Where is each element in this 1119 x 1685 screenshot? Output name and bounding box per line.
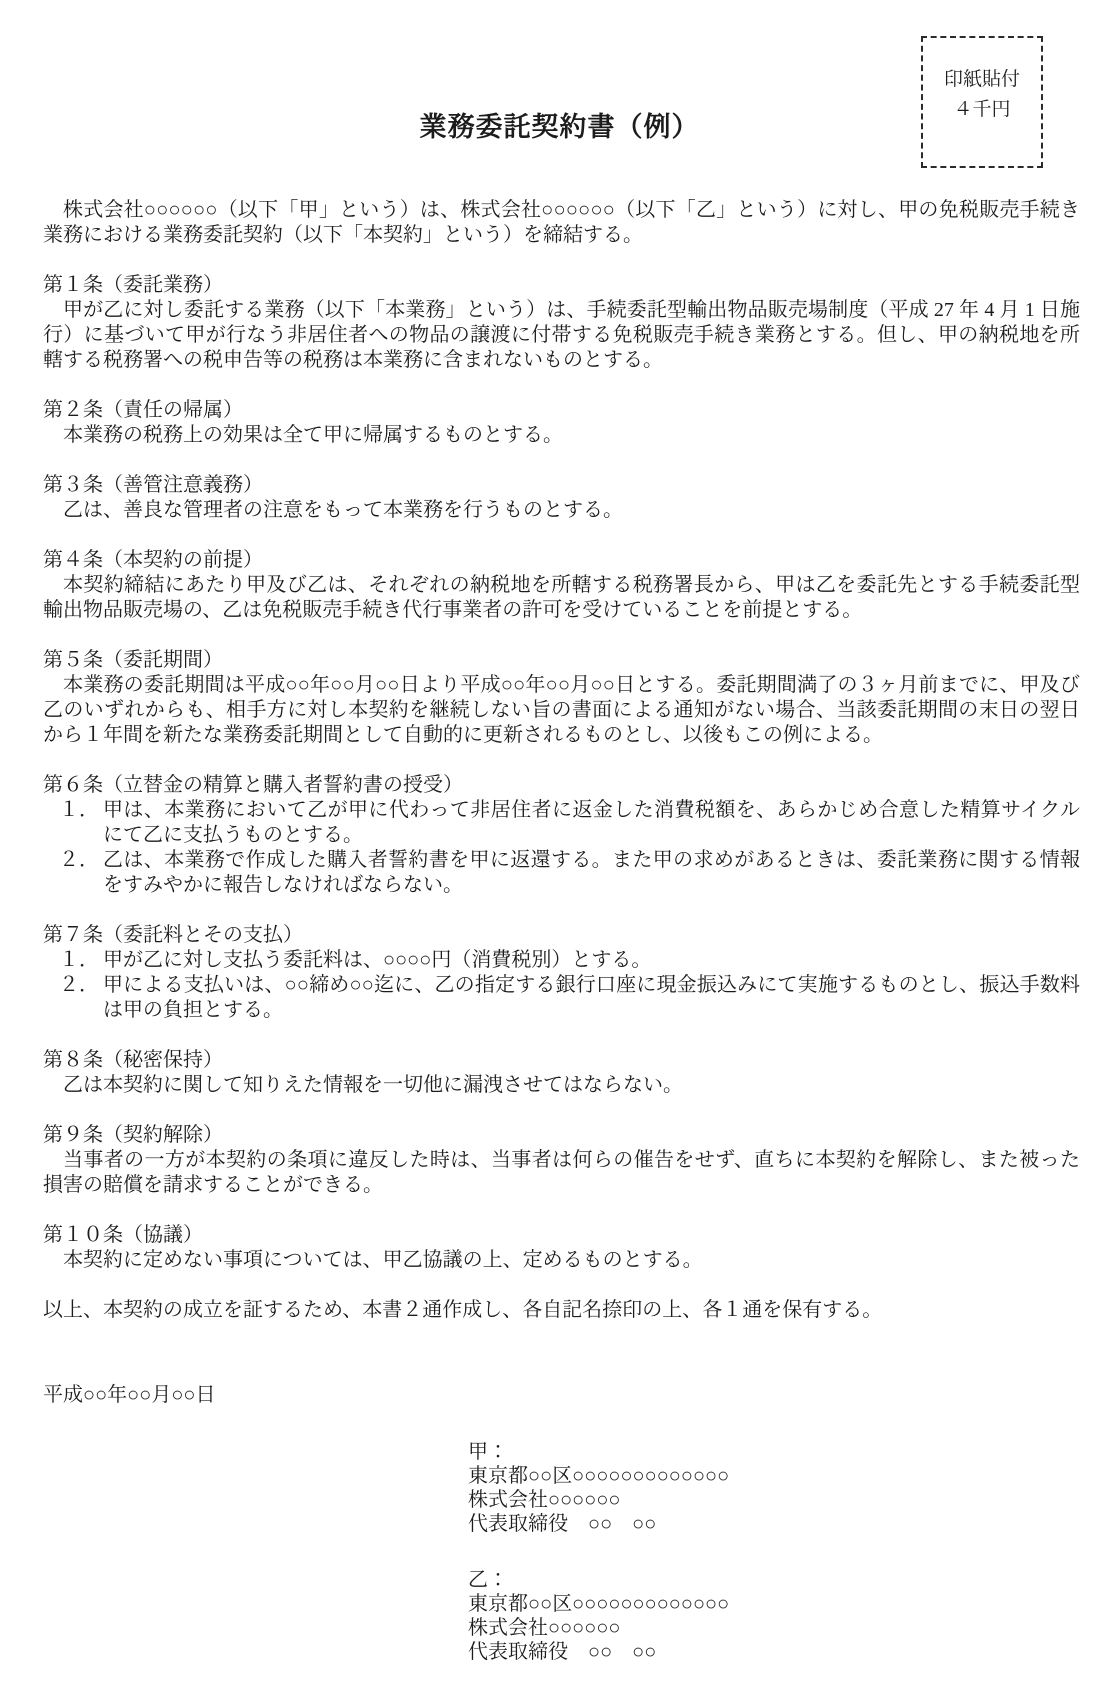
party-company: 株式会社○○○○○○ — [468, 1488, 1080, 1512]
article-1-body: 甲が乙に対し委託する業務（以下「本業務」という）は、手続委託型輸出物品販売場制度… — [43, 298, 1080, 373]
article-5-body: 本業務の委託期間は平成○○年○○月○○日より平成○○年○○月○○日とする。委託期… — [43, 673, 1080, 748]
article-4-body: 本契約締結にあたり甲及び乙は、それぞれの納税地を所轄する税務署長から、甲は乙を委… — [43, 573, 1080, 623]
item-number: １． — [59, 948, 103, 973]
item-text: 甲による支払いは、○○締め○○迄に、乙の指定する銀行口座に現金振込みにて実施する… — [103, 973, 1080, 1023]
article-5-heading: 第５条（委託期間） — [43, 648, 1080, 673]
article-1-heading: 第１条（委託業務） — [43, 273, 1080, 298]
article-3-heading: 第３条（善管注意義務） — [43, 473, 1080, 498]
article-2-heading: 第２条（責任の帰属） — [43, 398, 1080, 423]
article-10-heading: 第１０条（協議） — [43, 1223, 1080, 1248]
revenue-stamp-box: 印紙貼付 ４千円 — [921, 36, 1043, 168]
contract-document-page: 印紙貼付 ４千円 業務委託契約書（例） 株式会社○○○○○○（以下「甲」という）… — [0, 0, 1119, 1685]
party-representative: 代表取締役 ○○ ○○ — [468, 1512, 1080, 1536]
article-10-body: 本契約に定めない事項については、甲乙協議の上、定めるものとする。 — [43, 1248, 1080, 1273]
article-7: 第７条（委託料とその支払） １． 甲が乙に対し支払う委託料は、○○○○円（消費税… — [43, 923, 1080, 1023]
article-4: 第４条（本契約の前提） 本契約締結にあたり甲及び乙は、それぞれの納税地を所轄する… — [43, 548, 1080, 623]
article-6-item-2: ２． 乙は、本業務で作成した購入者誓約書を甲に返還する。また甲の求めがあるときは… — [43, 848, 1080, 898]
article-6: 第６条（立替金の精算と購入者誓約書の授受） １． 甲は、本業務において乙が甲に代… — [43, 773, 1080, 898]
article-6-item-1: １． 甲は、本業務において乙が甲に代わって非居住者に返金した消費税額を、あらかじ… — [43, 798, 1080, 848]
article-2-body: 本業務の税務上の効果は全て甲に帰属するものとする。 — [43, 423, 1080, 448]
article-8-body: 乙は本契約に関して知りえた情報を一切他に漏洩させてはならない。 — [43, 1073, 1080, 1098]
party-label: 甲： — [468, 1440, 1080, 1464]
item-text: 乙は、本業務で作成した購入者誓約書を甲に返還する。また甲の求めがあるときは、委託… — [103, 848, 1080, 898]
article-8: 第８条（秘密保持） 乙は本契約に関して知りえた情報を一切他に漏洩させてはならない… — [43, 1048, 1080, 1098]
party-representative: 代表取締役 ○○ ○○ — [468, 1640, 1080, 1664]
party-company: 株式会社○○○○○○ — [468, 1616, 1080, 1640]
article-7-item-2: ２． 甲による支払いは、○○締め○○迄に、乙の指定する銀行口座に現金振込みにて実… — [43, 973, 1080, 1023]
article-2: 第２条（責任の帰属） 本業務の税務上の効果は全て甲に帰属するものとする。 — [43, 398, 1080, 448]
item-number: １． — [59, 798, 103, 848]
document-body: 株式会社○○○○○○（以下「甲」という）は、株式会社○○○○○○（以下「乙」とい… — [43, 198, 1080, 1664]
stamp-box-label: 印紙貼付 — [944, 68, 1020, 92]
article-4-heading: 第４条（本契約の前提） — [43, 548, 1080, 573]
article-6-heading: 第６条（立替金の精算と購入者誓約書の授受） — [43, 773, 1080, 798]
party-address: 東京都○○区○○○○○○○○○○○○○ — [468, 1464, 1080, 1488]
article-9-body: 当事者の一方が本契約の条項に違反した時は、当事者は何らの催告をせず、直ちに本契約… — [43, 1148, 1080, 1198]
article-5: 第５条（委託期間） 本業務の委託期間は平成○○年○○月○○日より平成○○年○○月… — [43, 648, 1080, 748]
article-7-item-1: １． 甲が乙に対し支払う委託料は、○○○○円（消費税別）とする。 — [43, 948, 1080, 973]
item-text: 甲が乙に対し支払う委託料は、○○○○円（消費税別）とする。 — [103, 948, 1080, 973]
date-line: 平成○○年○○月○○日 — [43, 1383, 1080, 1408]
item-number: ２． — [59, 848, 103, 898]
article-1: 第１条（委託業務） 甲が乙に対し委託する業務（以下「本業務」という）は、手続委託… — [43, 273, 1080, 373]
article-9: 第９条（契約解除） 当事者の一方が本契約の条項に違反した時は、当事者は何らの催告… — [43, 1123, 1080, 1198]
article-3: 第３条（善管注意義務） 乙は、善良な管理者の注意をもって本業務を行うものとする。 — [43, 473, 1080, 523]
article-8-heading: 第８条（秘密保持） — [43, 1048, 1080, 1073]
closing-statement: 以上、本契約の成立を証するため、本書２通作成し、各自記名捺印の上、各１通を保有す… — [43, 1298, 1080, 1323]
article-7-heading: 第７条（委託料とその支払） — [43, 923, 1080, 948]
item-text: 甲は、本業務において乙が甲に代わって非居住者に返金した消費税額を、あらかじめ合意… — [103, 798, 1080, 848]
document-title: 業務委託契約書（例） — [0, 110, 1119, 144]
signature-block-otsu: 乙： 東京都○○区○○○○○○○○○○○○○ 株式会社○○○○○○ 代表取締役 … — [468, 1568, 1080, 1664]
item-number: ２． — [59, 973, 103, 1023]
party-label: 乙： — [468, 1568, 1080, 1592]
article-9-heading: 第９条（契約解除） — [43, 1123, 1080, 1148]
party-address: 東京都○○区○○○○○○○○○○○○○ — [468, 1592, 1080, 1616]
opening-paragraph: 株式会社○○○○○○（以下「甲」という）は、株式会社○○○○○○（以下「乙」とい… — [43, 198, 1080, 248]
signature-block-kou: 甲： 東京都○○区○○○○○○○○○○○○○ 株式会社○○○○○○ 代表取締役 … — [468, 1440, 1080, 1536]
article-10: 第１０条（協議） 本契約に定めない事項については、甲乙協議の上、定めるものとする… — [43, 1223, 1080, 1273]
article-3-body: 乙は、善良な管理者の注意をもって本業務を行うものとする。 — [43, 498, 1080, 523]
